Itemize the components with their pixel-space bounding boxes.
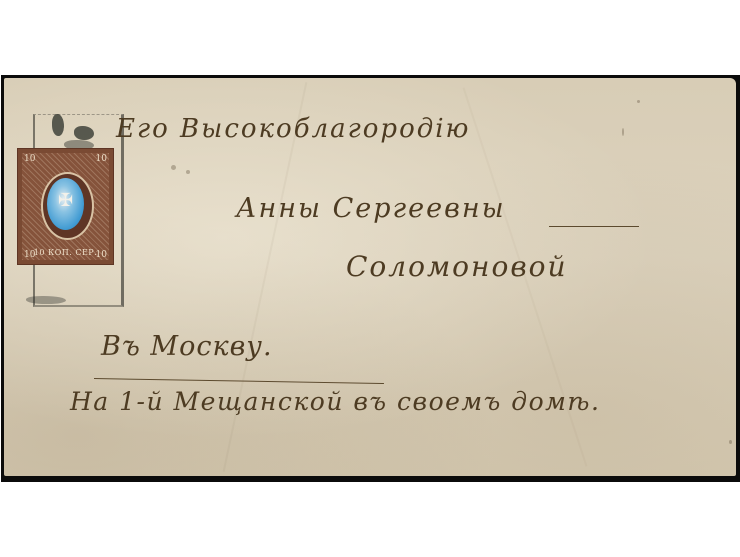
paper-spot: [171, 165, 176, 170]
postage-stamp: 10 10 10 10 ✠ 10 КОП. СЕР.: [17, 148, 114, 265]
paper-spot: [622, 128, 624, 136]
address-line-honorific: Его Высокоблагородію: [116, 114, 470, 144]
pen-flourish: [549, 226, 639, 227]
address-line-surname: Соломоновой: [346, 250, 568, 283]
eagle-icon: ✠: [47, 190, 84, 211]
postmark-blot: [74, 126, 94, 140]
paper-spot: [637, 100, 640, 103]
underline-rule: [94, 378, 384, 384]
stamp-corner-value: 10: [24, 154, 35, 164]
postmark-blot: [26, 296, 66, 304]
postmark-blot: [52, 114, 64, 136]
address-line-city: Въ Москву.: [101, 331, 273, 362]
envelope: 10 10 10 10 ✠ 10 КОП. СЕР. Его Высокобла…: [4, 78, 736, 476]
paper-spot: [729, 440, 732, 444]
paper-spot: [186, 170, 190, 174]
address-line-street: На 1-й Мещанской въ своемъ домѣ.: [70, 387, 600, 416]
address-line-recipient-name: Анны Сергеевны: [236, 193, 506, 224]
stamp-corner-value: 10: [96, 154, 107, 164]
stamp-value-label: 10 КОП. СЕР.: [31, 248, 100, 257]
